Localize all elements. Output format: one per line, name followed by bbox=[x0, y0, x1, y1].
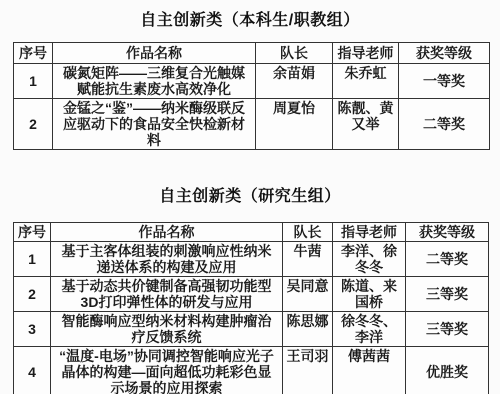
section-title-graduate-group: 自主创新类（研究生组） bbox=[0, 183, 500, 206]
award-level-header: 获奖等级 bbox=[406, 223, 489, 242]
team-leader-cell: 王司羽 bbox=[283, 347, 333, 394]
work-title-cell: “温度-电场”协同调控智能响应光子晶体的构建—面向超低功耗彩色显示场景的应用探索 bbox=[51, 347, 283, 394]
serial-number-cell: 1 bbox=[14, 242, 51, 277]
work-title-cell: 金锰之“鉴”——纳米酶级联反应驱动下的食品安全快检新材料 bbox=[53, 99, 256, 150]
advisor-cell: 陈靓、黄又举 bbox=[333, 99, 399, 150]
awards-table-graduate-group: 序号作品名称队长指导老师获奖等级1基于主客体组装的刺激响应性纳米递送体系的构建及… bbox=[13, 222, 489, 394]
table-row: 2金锰之“鉴”——纳米酶级联反应驱动下的食品安全快检新材料周夏怡陈靓、黄又举二等… bbox=[14, 99, 490, 150]
award-level-cell: 一等奖 bbox=[399, 64, 490, 99]
team-leader-cell: 牛茜 bbox=[283, 242, 333, 277]
serial-number-cell: 1 bbox=[14, 64, 53, 99]
work-title-cell: 碳氮矩阵——三维复合光触媒赋能抗生素废水高效净化 bbox=[53, 64, 256, 99]
table-row: 1基于主客体组装的刺激响应性纳米递送体系的构建及应用牛茜李洋、徐冬冬二等奖 bbox=[14, 242, 489, 277]
award-level-cell: 二等奖 bbox=[406, 242, 489, 277]
advisor-cell: 李洋、徐冬冬 bbox=[333, 242, 406, 277]
advisor-header: 指导老师 bbox=[333, 223, 406, 242]
team-leader-header: 队长 bbox=[256, 43, 333, 64]
work-title-cell: 基于动态共价键制备高强韧功能型3D打印弹性体的研发与应用 bbox=[51, 277, 283, 312]
table-row: 2基于动态共价键制备高强韧功能型3D打印弹性体的研发与应用吴同意陈道、来国桥三等… bbox=[14, 277, 489, 312]
table-row: 1碳氮矩阵——三维复合光触媒赋能抗生素废水高效净化余苗娟朱乔虹一等奖 bbox=[14, 64, 490, 99]
advisor-cell: 傅茜茜 bbox=[333, 347, 406, 394]
header-row: 序号作品名称队长指导老师获奖等级 bbox=[14, 223, 489, 242]
team-leader-header: 队长 bbox=[283, 223, 333, 242]
serial-number-cell: 4 bbox=[14, 347, 51, 394]
award-level-cell: 三等奖 bbox=[406, 312, 489, 347]
header-row: 序号作品名称队长指导老师获奖等级 bbox=[14, 43, 490, 64]
awards-table-undergrad-group: 序号作品名称队长指导老师获奖等级1碳氮矩阵——三维复合光触媒赋能抗生素废水高效净… bbox=[13, 42, 490, 150]
work-title-cell: 基于主客体组装的刺激响应性纳米递送体系的构建及应用 bbox=[51, 242, 283, 277]
work-title-cell: 智能酶响应型纳米材料构建肿瘤治疗反馈系统 bbox=[51, 312, 283, 347]
team-leader-cell: 周夏怡 bbox=[256, 99, 333, 150]
advisor-cell: 陈道、来国桥 bbox=[333, 277, 406, 312]
team-leader-cell: 陈思娜 bbox=[283, 312, 333, 347]
work-title-header: 作品名称 bbox=[51, 223, 283, 242]
award-level-cell: 优胜奖 bbox=[406, 347, 489, 394]
award-level-cell: 二等奖 bbox=[399, 99, 490, 150]
advisor-cell: 徐冬冬、李洋 bbox=[333, 312, 406, 347]
team-leader-cell: 吴同意 bbox=[283, 277, 333, 312]
award-level-cell: 三等奖 bbox=[406, 277, 489, 312]
serial-number-cell: 2 bbox=[14, 99, 53, 150]
serial-number-header: 序号 bbox=[14, 43, 53, 64]
serial-number-cell: 3 bbox=[14, 312, 51, 347]
serial-number-cell: 2 bbox=[14, 277, 51, 312]
serial-number-header: 序号 bbox=[14, 223, 51, 242]
team-leader-cell: 余苗娟 bbox=[256, 64, 333, 99]
award-level-header: 获奖等级 bbox=[399, 43, 490, 64]
advisor-header: 指导老师 bbox=[333, 43, 399, 64]
table-row: 3智能酶响应型纳米材料构建肿瘤治疗反馈系统陈思娜徐冬冬、李洋三等奖 bbox=[14, 312, 489, 347]
table-row: 4“温度-电场”协同调控智能响应光子晶体的构建—面向超低功耗彩色显示场景的应用探… bbox=[14, 347, 489, 394]
work-title-header: 作品名称 bbox=[53, 43, 256, 64]
section-title-undergrad-group: 自主创新类（本科生/职教组） bbox=[0, 7, 500, 30]
advisor-cell: 朱乔虹 bbox=[333, 64, 399, 99]
